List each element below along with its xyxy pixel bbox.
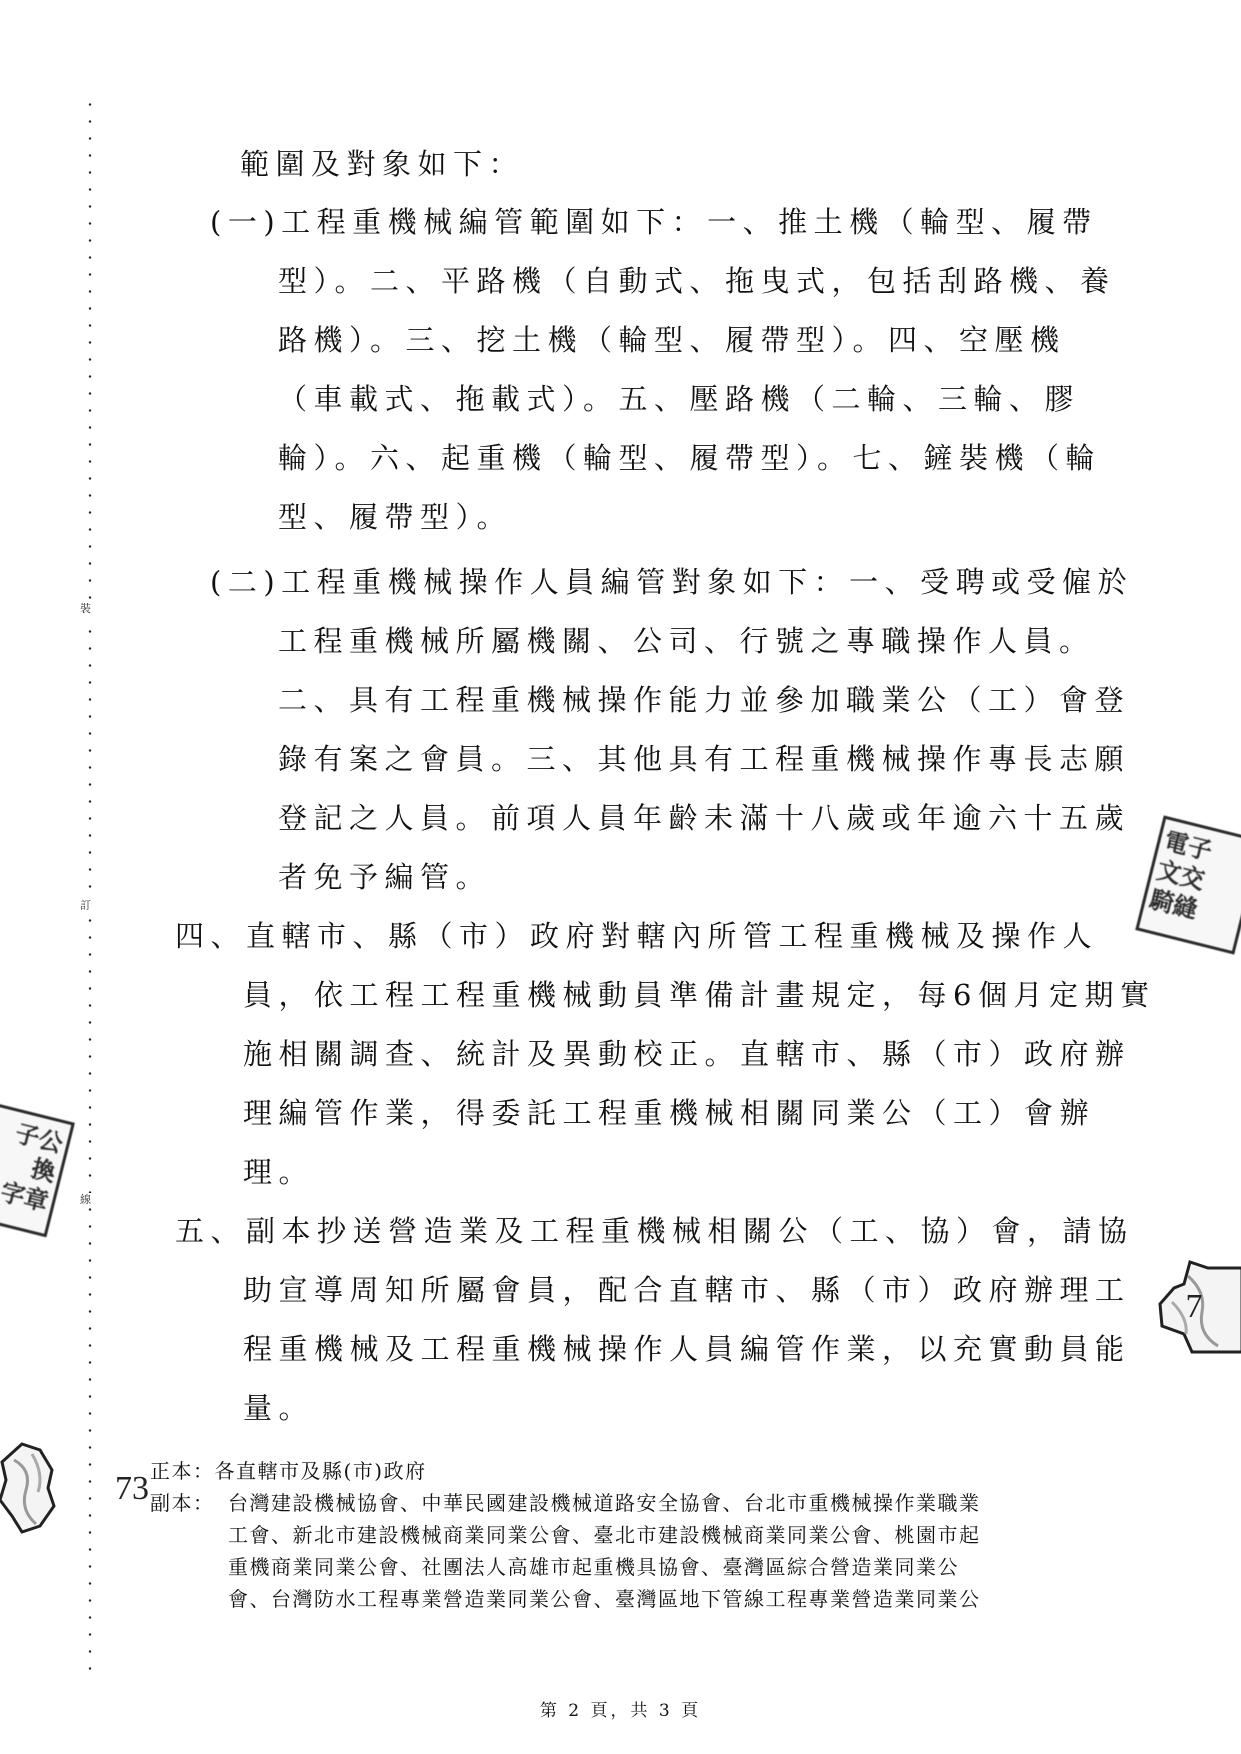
gear-stamp-number: 7: [1144, 1288, 1241, 1326]
primary-recipients: 各直轄市及縣(市)政府: [215, 1459, 427, 1483]
body-text-line: 輪）。六、起重機（輪型、履帶型）。七、鏟裝機（輪: [278, 440, 1101, 476]
body-text-line: 型）。二、平路機（自動式、拖曳式，包括刮路機、養: [278, 263, 1116, 299]
body-text-line: 員，依工程工程重機械動員準備計畫規定，每6個月定期實: [243, 977, 1155, 1013]
body-text-line: 理編管作業，得委託工程重機械相關同業公（工）會辦: [243, 1095, 1095, 1131]
body-text-line: 五、副本抄送營造業及工程重機械相關公（工、協）會，請協: [175, 1213, 1134, 1249]
body-text-line: （車載式、拖載式）。五、壓路機（二輪、三輪、膠: [278, 381, 1080, 417]
body-text-line: (二)工程重機械操作人員編管對象如下：一、受聘或受僱於: [210, 564, 1133, 600]
body-text-line: 登記之人員。前項人員年齡未滿十八歲或年逾六十五歲: [278, 800, 1130, 836]
cc-line: 工會、新北市建設機械商業同業公會、臺北市建設機械商業同業公會、桃園市起: [228, 1522, 981, 1548]
body-text-line: 者免予編管。: [278, 859, 491, 895]
body-text-line: 工程重機械所屬機關、公司、行號之專職操作人員。: [278, 623, 1095, 659]
page-number: 第 2 頁，共 3 頁: [0, 1696, 1241, 1721]
page-seal-gear-left: 73: [0, 1440, 82, 1540]
body-text-line: 型、履帶型）。: [278, 499, 512, 535]
body-text-line: 錄有案之會員。三、其他具有工程重機械操作專長志願: [278, 741, 1130, 777]
body-text-line: 範圍及對象如下：: [240, 146, 524, 182]
body-text-line: 路機）。三、挖土機（輪型、履帶型）。四、空壓機: [278, 322, 1066, 358]
body-text-line: 二、具有工程重機械操作能力並參加職業公（工）會登: [278, 682, 1130, 718]
body-text-line: 助宣導周知所屬會員，配合直轄市、縣（市）政府辦理工: [243, 1272, 1131, 1308]
binding-label-zhuang: 裝: [80, 602, 91, 616]
gear-stamp-number: 73: [82, 1470, 182, 1508]
seal-stamp-left: 子公 換 字章: [0, 1101, 75, 1238]
binding-label-ding: 訂: [80, 899, 91, 913]
gear-stamp-icon: [0, 1440, 82, 1540]
body-text-line: (一)工程重機械編管範圍如下：一、推土機（輪型、履帶: [210, 204, 1098, 240]
binding-dotted-line: [88, 96, 92, 1676]
body-text-line: 量。: [243, 1390, 314, 1426]
seal-stamp-right: 電子 文交 騎縫: [1135, 815, 1241, 954]
body-text-line: 四、直轄市、縣（市）政府對轄內所管工程重機械及操作人: [175, 918, 1098, 954]
binding-label-xian: 線: [80, 1193, 91, 1207]
cc-line: 會、台灣防水工程專業營造業同業公會、臺灣區地下管線工程專業營造業同業公: [228, 1586, 981, 1612]
body-text-line: 理。: [243, 1154, 314, 1190]
cc-line: 台灣建設機械協會、中華民國建設機械道路安全協會、台北市重機械操作業職業: [228, 1490, 981, 1516]
body-text-line: 施相關調查、統計及異動校正。直轄市、縣（市）政府辦: [243, 1036, 1131, 1072]
cc-line: 重機商業同業公會、社團法人高雄市起重機具協會、臺灣區綜合營造業同業公: [228, 1554, 959, 1580]
page-seal-gear-right: 7: [1158, 1258, 1241, 1358]
body-text-line: 程重機械及工程重機械操作人員編管作業，以充實動員能: [243, 1331, 1131, 1367]
primary-recipient-row: 正本：各直轄市及縣(市)政府: [150, 1458, 427, 1484]
